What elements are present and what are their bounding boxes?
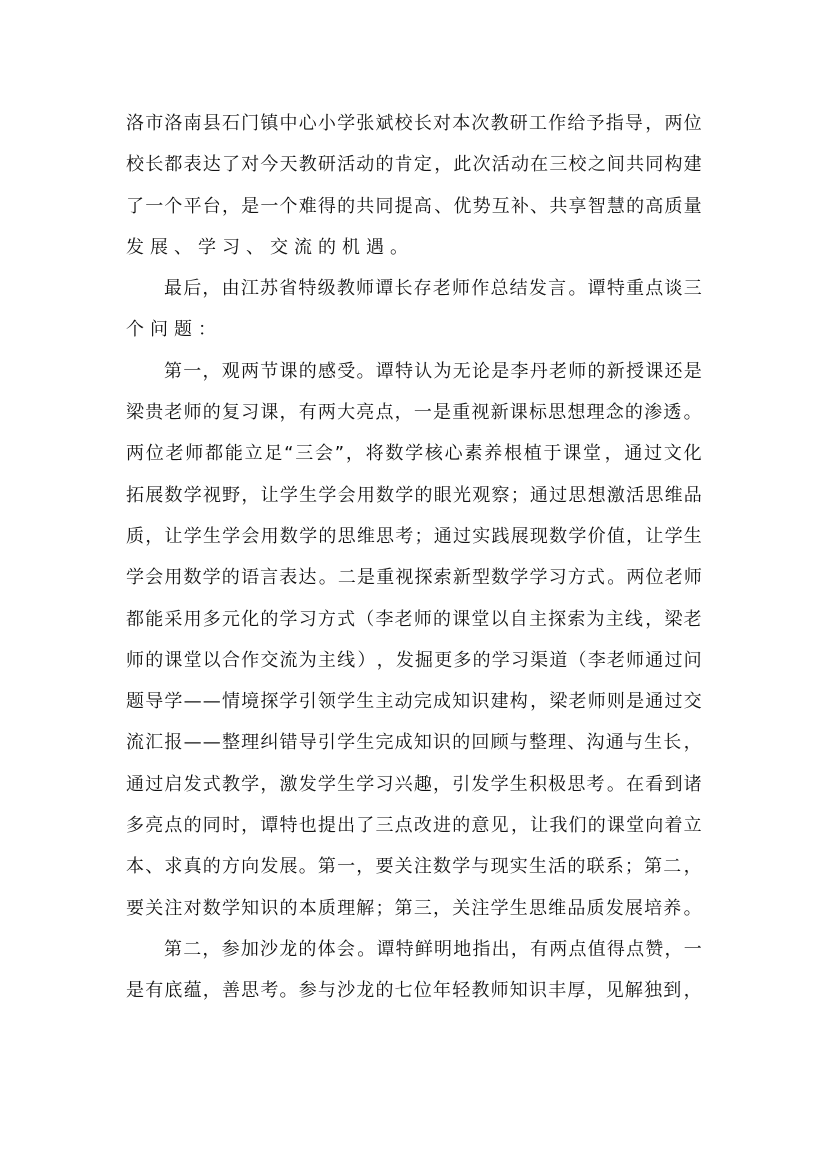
text-line: 多亮点的同时，谭特也提出了三点改进的意见 ，让我们的课堂向着立 (126, 805, 702, 846)
text-line: 流汇报——整理纠错导引学生完成知识的回顾与整理、沟通与生长 ， (126, 722, 702, 763)
text-line: 最后，由江苏省特级教师谭长存老师作总结发言 。谭特重点谈三 (126, 268, 702, 309)
text-line: 梁贵老师的复习课，有两大亮点，一是重视新课标思想理念的渗透 。 (126, 392, 702, 433)
text-line: 都能采用多元化的学习方式（李老师的课堂以自主探索为主线 ，梁老 (126, 599, 702, 640)
text-line: 了一个平台，是一个难得的共同提高 、优势互补、共享智慧的高质量 (126, 186, 702, 227)
document-body: 洛市洛南县石门镇中心小学张斌校长对本次教研工作给予指导 ，两位校长都表达了对今天… (126, 103, 702, 1012)
paragraph: 最后，由江苏省特级教师谭长存老师作总结发言 。谭特重点谈三个问题： (126, 268, 702, 351)
text-line: 学会用数学的语言表达 。二是重视探索新型数学学习方式 。两位老师 (126, 557, 702, 598)
document-page: 洛市洛南县石门镇中心小学张斌校长对本次教研工作给予指导 ，两位校长都表达了对今天… (0, 0, 827, 1170)
paragraph: 第二，参加沙龙的体会 。谭特鲜明地指出，有两点值得点赞，一是有底蕴，善思考。参与… (126, 929, 702, 1012)
text-line: 第一，观两节课的感受。谭特认为无论是李丹老师的新授课还是 (126, 351, 702, 392)
text-line: 质，让学生学会用数学的思维思考；通过实践展现数学价值，让学生 (126, 516, 702, 557)
text-line: 本、求真的方向发展。第一，要关注数学与现实生活的联系；第二 ， (126, 846, 702, 887)
text-line: 题导学——情境探学引领学生主动完成知识建构 ，梁老师则是通过交 (126, 681, 702, 722)
text-line: 通过启发式教学，激发学生学习兴趣，引发学生积极思考 。在看到诸 (126, 764, 702, 805)
text-line: 拓展数学视野，让学生学会用数学的眼光观察；通过思想激活思维品 (126, 475, 702, 516)
text-line: 第二，参加沙龙的体会 。谭特鲜明地指出，有两点值得点赞，一 (126, 929, 702, 970)
text-line: 洛市洛南县石门镇中心小学张斌校长对本次教研工作给予指导 ，两位 (126, 103, 702, 144)
paragraph: 第一，观两节课的感受。谭特认为无论是李丹老师的新授课还是梁贵老师的复习课，有两大… (126, 351, 702, 929)
text-line: 个问题： (126, 309, 702, 350)
text-line: 校长都表达了对今天教研活动的肯定 ，此次活动在三校之间共同构建 (126, 144, 702, 185)
text-line: 要关注对数学知识的本质理解；第三，关注学生思维品质发展培养 。 (126, 888, 702, 929)
paragraph: 洛市洛南县石门镇中心小学张斌校长对本次教研工作给予指导 ，两位校长都表达了对今天… (126, 103, 702, 268)
text-line: 两位老师都能立足“三会”，将数学核心素养根植于课堂 ，通过文化 (126, 433, 702, 474)
text-line: 师的课堂以合作交流为主线 ），发掘更多的学习渠道（李老师通过问 (126, 640, 702, 681)
text-line: 发展、学习、交流的机遇。 (126, 227, 702, 268)
text-line: 是有底蕴，善思考。参与沙龙的七位年轻教师知识丰厚，见解独到 ， (126, 970, 702, 1011)
